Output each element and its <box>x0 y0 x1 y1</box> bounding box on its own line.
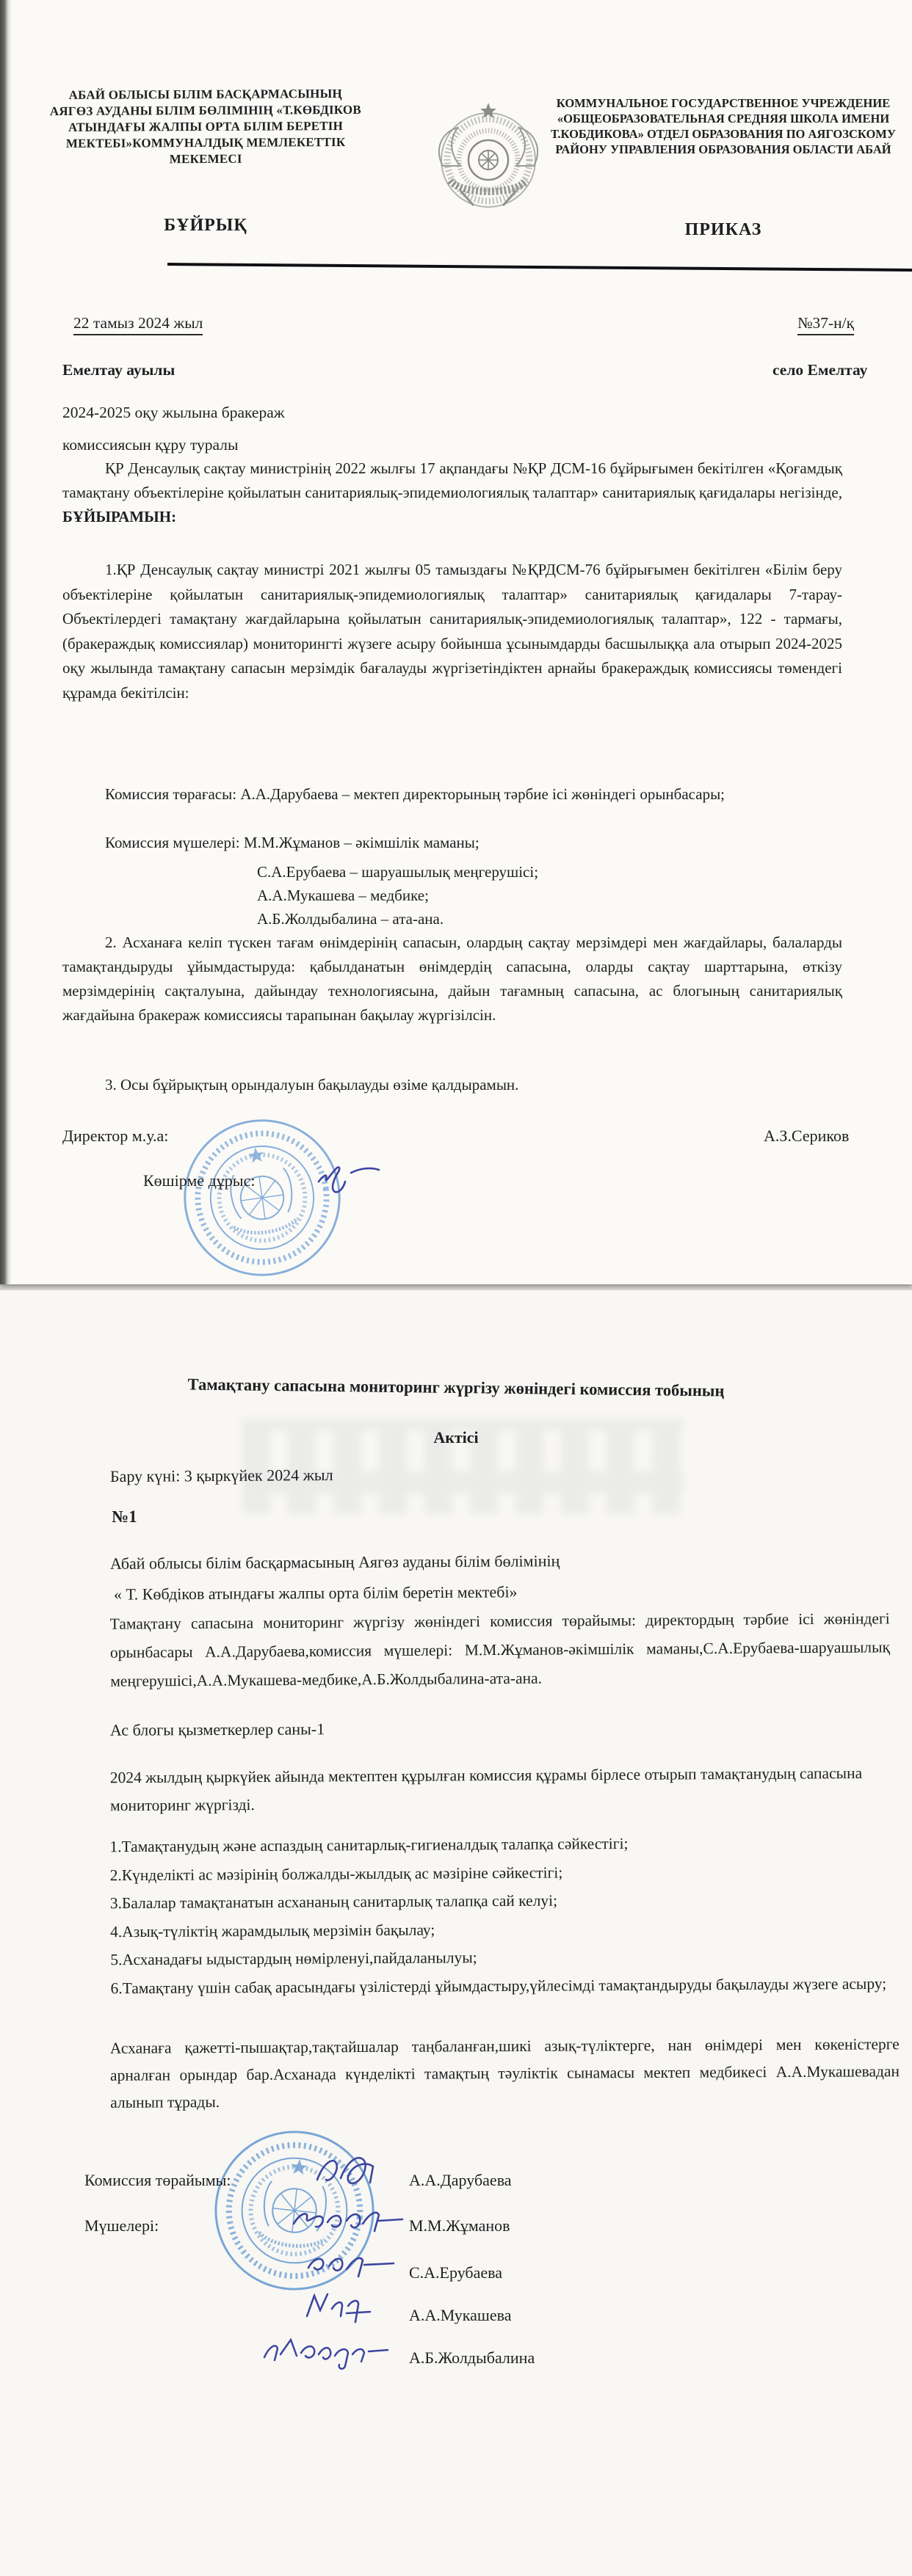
doc-title-russian: ПРИКАЗ <box>549 220 897 240</box>
visit-date: Бару күні: 3 қыркүйек 2024 жыл <box>110 1466 333 1486</box>
order-subject-line1: 2024-2025 оқу жылына бракераж <box>62 396 518 429</box>
director-name: А.З.Сериков <box>764 1127 849 1146</box>
kitchen-staff-count: Ас блогы қызметкерлер саны-1 <box>110 1720 325 1740</box>
order-number: №37-н/қ <box>797 314 854 335</box>
handwritten-signature-icon <box>300 2284 402 2328</box>
intro-text: ҚР Денсаулық сақтау министрінің 2022 жыл… <box>62 459 842 501</box>
scanned-order-document: АБАЙ ОБЛЫСЫ БІЛІМ БАСҚАРМАСЫНЫҢ АЯГӨЗ АУ… <box>0 0 912 2576</box>
commission-chair-line: Комиссия төрағасы: А.А.Дарубаева – мекте… <box>62 782 842 807</box>
act-page: Тамақтану сапасына мониторинг жүргізу жө… <box>0 1290 912 2576</box>
act-org-line1: Абай облысы білім басқармасының Аягөз ау… <box>110 1551 560 1573</box>
act-title: Тамақтану сапасына мониторинг жүргізу жө… <box>44 1373 868 1402</box>
commission-member: А.Б.Жолдыбалина – ата-ана. <box>257 907 538 931</box>
kazakhstan-emblem-icon <box>428 98 549 219</box>
header-divider <box>167 263 912 272</box>
checklist-item: 6.Тамақтану үшін сабақ арасындағы үзіліс… <box>110 1969 897 2002</box>
monitoring-paragraph: 2024 жылдың қыркүйек айында мектептен құ… <box>110 1759 889 1819</box>
place-russian: село Емелтау <box>772 361 867 379</box>
signature-row-name: М.М.Жұманов <box>409 2216 510 2235</box>
order-intro-paragraph: ҚР Денсаулық сақтау министрінің 2022 жыл… <box>62 456 842 529</box>
doc-title-kazakh: БҰЙРЫҚ <box>50 216 361 236</box>
commission-member: А.А.Мукашева – медбике; <box>257 884 538 907</box>
order-item-1: 1.ҚР Денсаулық сақтау министрі 2021 жылғ… <box>62 558 842 705</box>
order-item-3: 3. Осы бұйрықтың орындалуын бақылауды өз… <box>62 1073 842 1097</box>
act-number: №1 <box>112 1507 137 1527</box>
act-commission-paragraph: Тамақтану сапасына мониторинг жүргізу жө… <box>110 1604 891 1695</box>
checklist-item: 5.Асханадағы ыдыстардың нөмірленуі,пайда… <box>110 1941 897 1974</box>
act-org-line2: « Т. Көбдіков атындағы жалпы орта білім … <box>114 1582 518 1604</box>
commission-members-list: С.А.Ерубаева – шаруашылық меңгерушісі; А… <box>257 860 538 931</box>
monitoring-checklist: 1.Тамақтанудың және аспаздың санитарлық-… <box>109 1828 897 2003</box>
order-subject: 2024-2025 оқу жылына бракераж комиссиясы… <box>62 396 518 461</box>
org-name-kazakh: АБАЙ ОБЛЫСЫ БІЛІМ БАСҚАРМАСЫНЫҢ АЯГӨЗ АУ… <box>50 86 362 168</box>
order-page: АБАЙ ОБЛЫСЫ БІЛІМ БАСҚАРМАСЫНЫҢ АЯГӨЗ АУ… <box>0 0 912 1284</box>
director-label: Директор м.у.а: <box>62 1127 168 1146</box>
signature-row-name: А.Б.Жолдыбалина <box>409 2348 535 2368</box>
signature-row-label: Мүшелері: <box>84 2216 159 2235</box>
handwritten-signature-icon <box>308 1160 389 1201</box>
checklist-item: 4.Азық-түліктің жарамдылық мерзімін бақы… <box>110 1913 897 1946</box>
handwritten-signature-icon <box>308 2149 404 2193</box>
order-word: БҰЙЫРАМЫН: <box>62 508 176 525</box>
place-kazakh: Емелтау ауылы <box>62 361 175 379</box>
conclusion-paragraph: Асханаға қажетті-пышақтар,тақтайшалар та… <box>110 2031 900 2117</box>
handwritten-signature-icon <box>300 2243 410 2284</box>
order-item-2: 2. Асханаға келіп түскен тағам өнімдерін… <box>62 931 842 1027</box>
commission-member: С.А.Ерубаева – шаруашылық меңгерушісі; <box>257 860 538 884</box>
commission-members-line: Комиссия мүшелері: М.М.Жұманов – әкімшіл… <box>62 831 842 855</box>
signature-row-name: С.А.Ерубаева <box>409 2263 502 2282</box>
handwritten-signature-icon <box>258 2329 405 2372</box>
signature-row-name: А.А.Дарубаева <box>409 2171 512 2190</box>
checklist-item: 2.Күнделікті ас мәзірінің болжалды-жылды… <box>110 1856 897 1889</box>
order-date: 22 тамыз 2024 жыл <box>73 314 203 335</box>
act-subtitle: Актісі <box>44 1428 868 1447</box>
signature-row-label: Комиссия төрайымы: <box>84 2171 231 2190</box>
checklist-item: 1.Тамақтанудың және аспаздың санитарлық-… <box>109 1828 897 1861</box>
copy-certified-label: Көшірме дұрыс: <box>143 1171 255 1190</box>
org-name-russian: КОММУНАЛЬНОЕ ГОСУДАРСТВЕННОЕ УЧРЕЖДЕНИЕ … <box>549 95 897 157</box>
handwritten-signature-icon <box>286 2194 419 2240</box>
signature-row-name: А.А.Мукашева <box>409 2306 511 2325</box>
star-icon <box>480 103 496 118</box>
checklist-item: 3.Балалар тамақтанатын асхананың санитар… <box>110 1885 897 1918</box>
